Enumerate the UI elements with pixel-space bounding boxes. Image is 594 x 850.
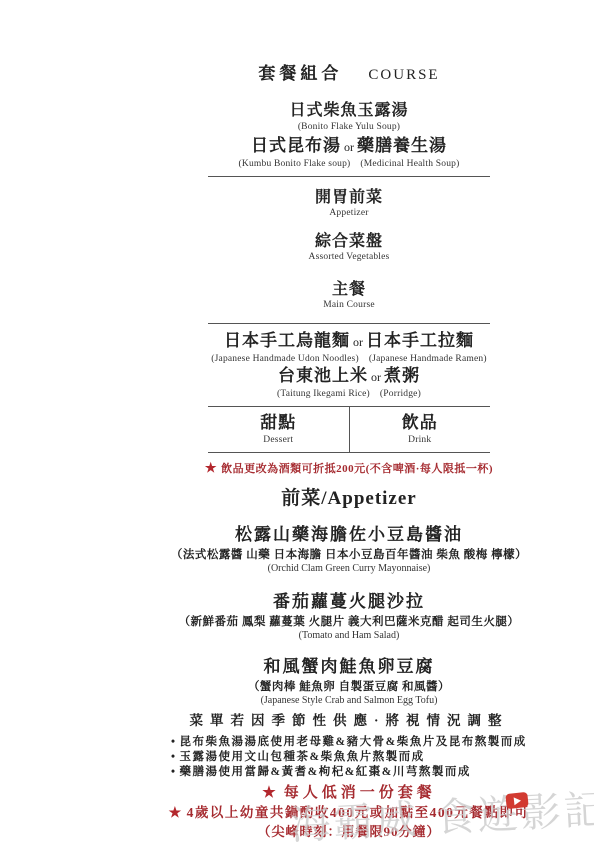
course-table-row-mains: 日本手工烏龍麵or日本手工拉麵 (Japanese Handmade Udon … bbox=[208, 324, 490, 406]
noodles-name: 日本手工烏龍麵or日本手工拉麵 bbox=[208, 330, 490, 353]
dish-en: (Orchid Clam Green Curry Mayonnaise) bbox=[106, 562, 592, 575]
course-main-en: Main Course bbox=[106, 299, 592, 311]
course-main-name: 主餐 bbox=[106, 281, 592, 299]
soup1-name: 日式柴魚玉露湯 bbox=[106, 101, 592, 121]
list-item: •玉露湯使用文山包種茶&柴魚魚片熬製而成 bbox=[171, 750, 527, 765]
soup2-name-a: 日式昆布湯 bbox=[251, 136, 341, 155]
dish-item: 和風蟹肉鮭魚卵豆腐 （蟹肉棒 鮭魚卵 自製蛋豆腐 和風醬） (Japanese … bbox=[106, 656, 592, 707]
drink-upgrade-note-text: 飲品更改為酒類可折抵200元(不含啤酒·每人限抵一杯) bbox=[221, 463, 493, 475]
section-divider bbox=[208, 176, 490, 177]
soup2-name-b: 藥膳養生湯 bbox=[357, 136, 447, 155]
course-vegetables-name: 綜合菜盤 bbox=[106, 233, 592, 251]
course-table: 日本手工烏龍麵or日本手工拉麵 (Japanese Handmade Udon … bbox=[208, 323, 490, 453]
dish-item: 松露山藥海膽佐小豆島醬油 （法式松露醬 山藥 日本海膽 日本小豆島百年醬油 柴魚… bbox=[106, 524, 592, 575]
dish-en: (Japanese Style Crab and Salmon Egg Tofu… bbox=[106, 694, 592, 707]
list-item-text: 玉露湯使用文山包種茶&柴魚魚片熬製而成 bbox=[180, 751, 425, 763]
course-appetizer-en: Appetizer bbox=[106, 207, 592, 219]
drink-upgrade-note: ★飲品更改為酒類可折抵200元(不含啤酒·每人限抵一杯) bbox=[106, 461, 592, 476]
page-title: 套餐組合COURSE bbox=[106, 64, 592, 85]
menu-page: 套餐組合COURSE 日式柴魚玉露湯 (Bonito Flake Yulu So… bbox=[106, 0, 592, 840]
soup2-en: (Kumbu Bonito Flake soup)(Medicinal Heal… bbox=[106, 158, 592, 170]
bullet-icon: • bbox=[171, 736, 180, 748]
dish-name: 和風蟹肉鮭魚卵豆腐 bbox=[106, 656, 592, 678]
rice-name: 台東池上米or煮粥 bbox=[208, 365, 490, 388]
appetizer-section-title: 前菜/Appetizer bbox=[106, 488, 592, 510]
list-item: •藥膳湯使用當歸&黃耆&枸杞&紅棗&川芎熬製而成 bbox=[171, 765, 527, 780]
drink-name: 飲品 bbox=[350, 412, 491, 434]
soup2-name: 日式昆布湯or藥膳養生湯 bbox=[106, 135, 592, 158]
youtube-play-icon bbox=[505, 792, 528, 809]
or-label: or bbox=[341, 140, 357, 154]
star-icon: ★ bbox=[262, 785, 283, 801]
star-icon: ★ bbox=[205, 460, 221, 475]
dish-en: (Tomato and Ham Salad) bbox=[106, 629, 592, 642]
dish-ingredients: （新鮮番茄 鳳梨 蘿蔓葉 火腿片 義大利巴薩米克醋 起司生火腿） bbox=[106, 615, 592, 629]
rice-name-a: 台東池上米 bbox=[278, 366, 368, 385]
page-title-zh: 套餐組合 bbox=[258, 64, 342, 83]
or-label: or bbox=[368, 370, 384, 384]
dish-name: 松露山藥海膽佐小豆島醬油 bbox=[106, 524, 592, 546]
rice-en-a: (Taitung Ikegami Rice) bbox=[277, 389, 370, 399]
dessert-name: 甜點 bbox=[208, 412, 349, 434]
soup-base-notes: •昆布柴魚湯湯底使用老母雞&豬大骨&柴魚片及昆布熬製而成 •玉露湯使用文山包種茶… bbox=[171, 735, 527, 780]
bullet-icon: • bbox=[171, 766, 180, 778]
list-item-text: 藥膳湯使用當歸&黃耆&枸杞&紅棗&川芎熬製而成 bbox=[180, 766, 471, 778]
star-icon: ★ bbox=[169, 806, 187, 821]
rice-en-b: (Porridge) bbox=[380, 389, 421, 399]
noodles-en-a: (Japanese Handmade Udon Noodles) bbox=[211, 354, 359, 364]
soup2-en-a: (Kumbu Bonito Flake soup) bbox=[239, 159, 351, 169]
dish-name: 番茄蘿蔓火腿沙拉 bbox=[106, 591, 592, 613]
dish-item: 番茄蘿蔓火腿沙拉 （新鮮番茄 鳳梨 蘿蔓葉 火腿片 義大利巴薩米克醋 起司生火腿… bbox=[106, 591, 592, 642]
drink-cell: 飲品 Drink bbox=[349, 407, 491, 452]
course-vegetables-en: Assorted Vegetables bbox=[106, 251, 592, 263]
dish-ingredients: （蟹肉棒 鮭魚卵 自製蛋豆腐 和風醬） bbox=[106, 680, 592, 694]
page-title-en: COURSE bbox=[368, 67, 439, 83]
noodles-name-a: 日本手工烏龍麵 bbox=[224, 331, 350, 350]
noodles-en: (Japanese Handmade Udon Noodles)(Japanes… bbox=[208, 353, 490, 365]
dessert-en: Dessert bbox=[208, 434, 349, 446]
dessert-cell: 甜點 Dessert bbox=[208, 407, 349, 452]
list-item-text: 昆布柴魚湯湯底使用老母雞&豬大骨&柴魚片及昆布熬製而成 bbox=[180, 736, 527, 748]
list-item: •昆布柴魚湯湯底使用老母雞&豬大骨&柴魚片及昆布熬製而成 bbox=[171, 735, 527, 750]
course-table-row-dessert-drink: 甜點 Dessert 飲品 Drink bbox=[208, 406, 490, 452]
drink-en: Drink bbox=[350, 434, 491, 446]
rice-en: (Taitung Ikegami Rice)(Porridge) bbox=[208, 388, 490, 400]
soup1-en: (Bonito Flake Yulu Soup) bbox=[106, 121, 592, 133]
bullet-icon: • bbox=[171, 751, 180, 763]
course-appetizer-name: 開胃前菜 bbox=[106, 189, 592, 207]
seasonal-notice: 菜單若因季節性供應·將視情況調整 bbox=[106, 713, 592, 729]
noodles-en-b: (Japanese Handmade Ramen) bbox=[369, 354, 487, 364]
soup2-en-b: (Medicinal Health Soup) bbox=[360, 159, 459, 169]
dish-ingredients: （法式松露醬 山藥 日本海膽 日本小豆島百年醬油 柴魚 酸梅 檸檬） bbox=[106, 548, 592, 562]
or-label: or bbox=[350, 335, 366, 349]
rice-name-b: 煮粥 bbox=[384, 366, 420, 385]
noodles-name-b: 日本手工拉麵 bbox=[366, 331, 474, 350]
